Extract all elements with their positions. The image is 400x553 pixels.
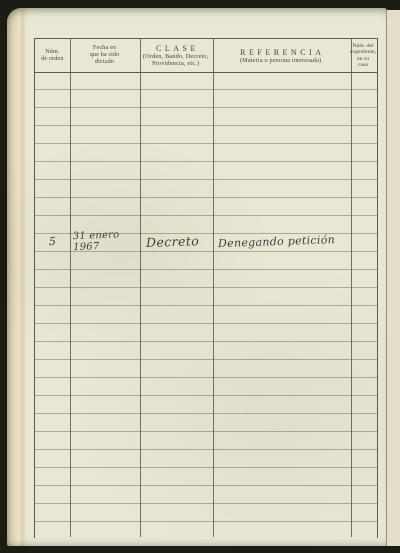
entry-referencia: Denegando petición <box>212 232 350 250</box>
header-referencia: REFERENCIA (Materia o persona interesada… <box>212 39 349 72</box>
header-line: de orden <box>41 56 63 63</box>
header-title: REFERENCIA <box>237 48 325 57</box>
handwritten-entry-row: 5 31 enero 1967 Decreto Denegando petici… <box>35 227 377 255</box>
entry-fecha: 31 enero 1967 <box>69 229 139 253</box>
header-title: CLASE <box>153 44 199 53</box>
header-subtitle: (Orden, Bando, Decreto, <box>143 53 209 60</box>
table-ruled-body <box>35 72 377 537</box>
header-line: Fecha en <box>93 45 116 52</box>
scanned-ledger-page: Núm. de orden Fecha en que ha sido dicta… <box>0 0 400 553</box>
ledger-paper: Núm. de orden Fecha en que ha sido dicta… <box>7 8 387 546</box>
table-header-row: Núm. de orden Fecha en que ha sido dicta… <box>35 39 377 73</box>
header-fecha: Fecha en que ha sido dictado <box>70 39 140 72</box>
header-num-orden: Núm. de orden <box>35 39 70 72</box>
entry-num-orden: 5 <box>35 234 70 248</box>
underlying-page-edge <box>386 10 400 546</box>
header-line: caso <box>358 62 368 68</box>
column-divider <box>140 39 141 537</box>
header-line: que ha sido <box>90 52 120 59</box>
column-divider <box>351 39 352 537</box>
registry-table: Núm. de orden Fecha en que ha sido dicta… <box>34 38 378 538</box>
column-divider <box>70 39 71 537</box>
header-subtitle: Providencia, etc.) <box>152 60 199 67</box>
entry-clase: Decreto <box>139 232 212 250</box>
header-clase: CLASE (Orden, Bando, Decreto, Providenci… <box>139 39 212 72</box>
header-subtitle: (Materia o persona interesada) <box>240 57 321 64</box>
header-line: dictado <box>95 59 114 66</box>
entry-expediente <box>349 241 377 242</box>
header-num-expediente: Núm. del expediente, en su caso <box>349 39 377 72</box>
header-line: Núm. <box>45 49 59 56</box>
column-divider <box>213 39 214 537</box>
